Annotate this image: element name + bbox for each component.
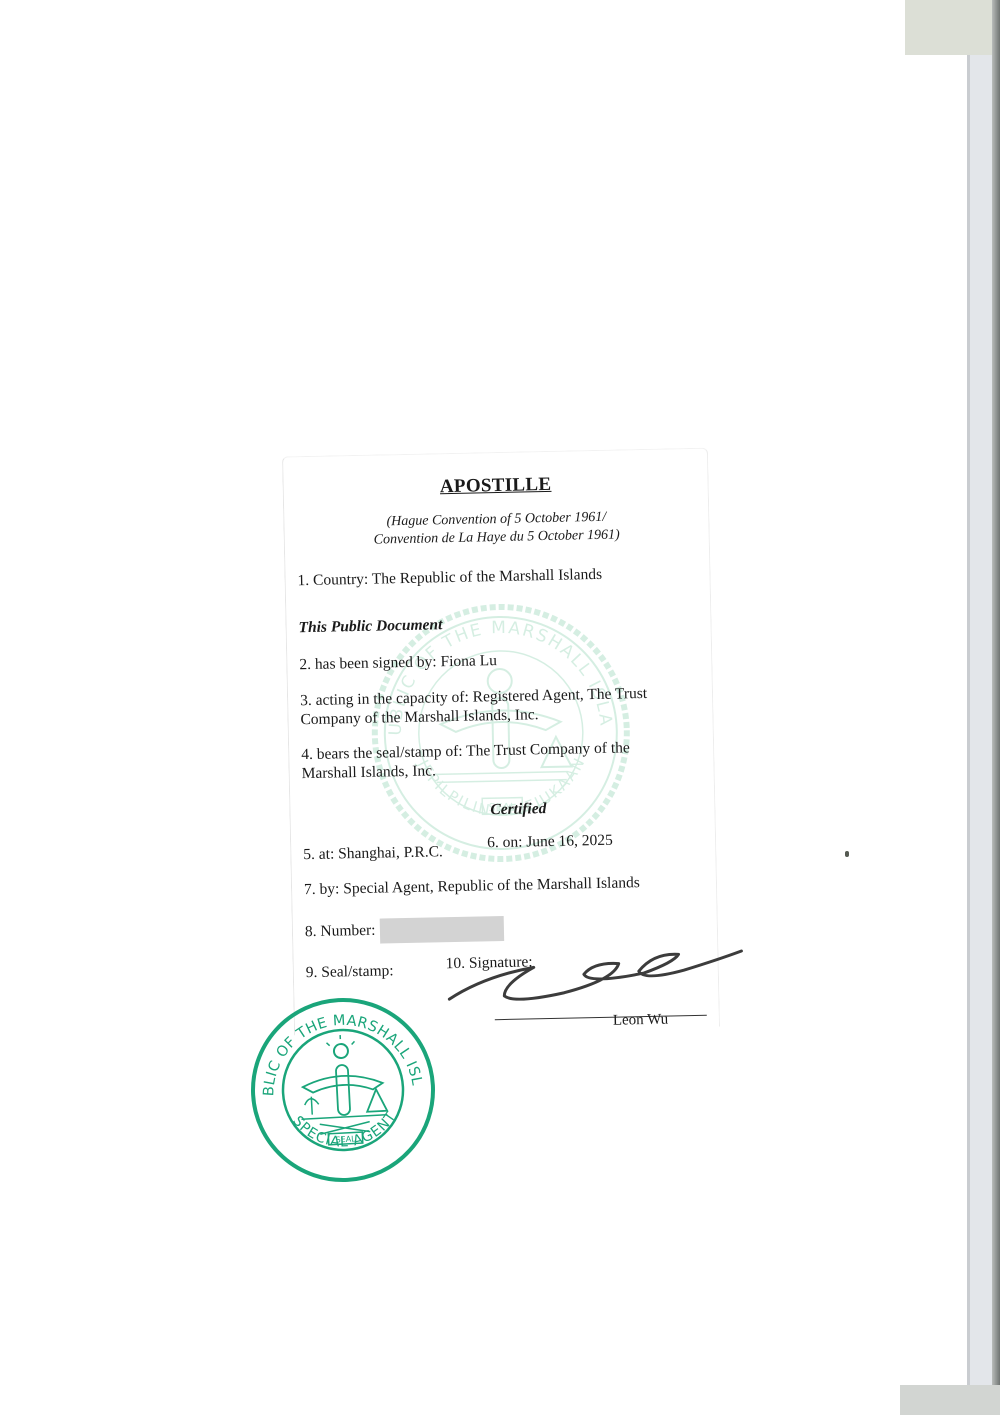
field-issued-by: 7. by: Special Agent, Republic of the Ma… [304, 873, 640, 899]
special-agent-seal-stamp: REPUBLIC OF THE MARSHALL ISLANDS SPECIAL… [243, 990, 443, 1190]
section-certified: Certified [490, 799, 546, 819]
scan-edge-bottom [900, 1385, 1000, 1415]
field-place: 5. at: Shanghai, P.R.C. [303, 842, 443, 864]
scan-edge-border [992, 0, 1000, 1415]
scan-edge-top [905, 0, 1000, 55]
field-number: 8. Number: [305, 916, 504, 945]
svg-text:REPUBLIC OF THE MARSHALL ISLAN: REPUBLIC OF THE MARSHALL ISLANDS [243, 990, 425, 1098]
redacted-number [379, 916, 503, 944]
field-date: 6. on: June 16, 2025 [487, 831, 613, 853]
field-country: 1. Country: The Republic of the Marshall… [297, 565, 602, 590]
section-public-document: This Public Document [298, 615, 442, 637]
signer-name: Leon Wu [613, 1012, 669, 1030]
scan-speck [845, 851, 849, 857]
svg-text:SEAL: SEAL [335, 1134, 356, 1144]
field-seal-stamp: 9. Seal/stamp: [306, 961, 394, 982]
field-capacity: 3. acting in the capacity of: Registered… [300, 684, 648, 729]
field-seal-of: 4. bears the seal/stamp of: The Trust Co… [301, 738, 630, 783]
scan-edge-page [967, 55, 992, 1415]
convention-reference: (Hague Convention of 5 October 1961/ Con… [284, 507, 709, 552]
marshall-islands-seal-watermark: REPUBLIC OF THE MARSHALL ISLANDS JEPILPI… [368, 600, 633, 865]
signature-line [495, 1015, 707, 1020]
field-number-label: 8. Number: [305, 922, 376, 940]
signature-scribble [443, 941, 744, 1007]
apostille-certificate: REPUBLIC OF THE MARSHALL ISLANDS JEPILPI… [282, 448, 720, 1036]
document-title: APOSTILLE [283, 471, 707, 502]
